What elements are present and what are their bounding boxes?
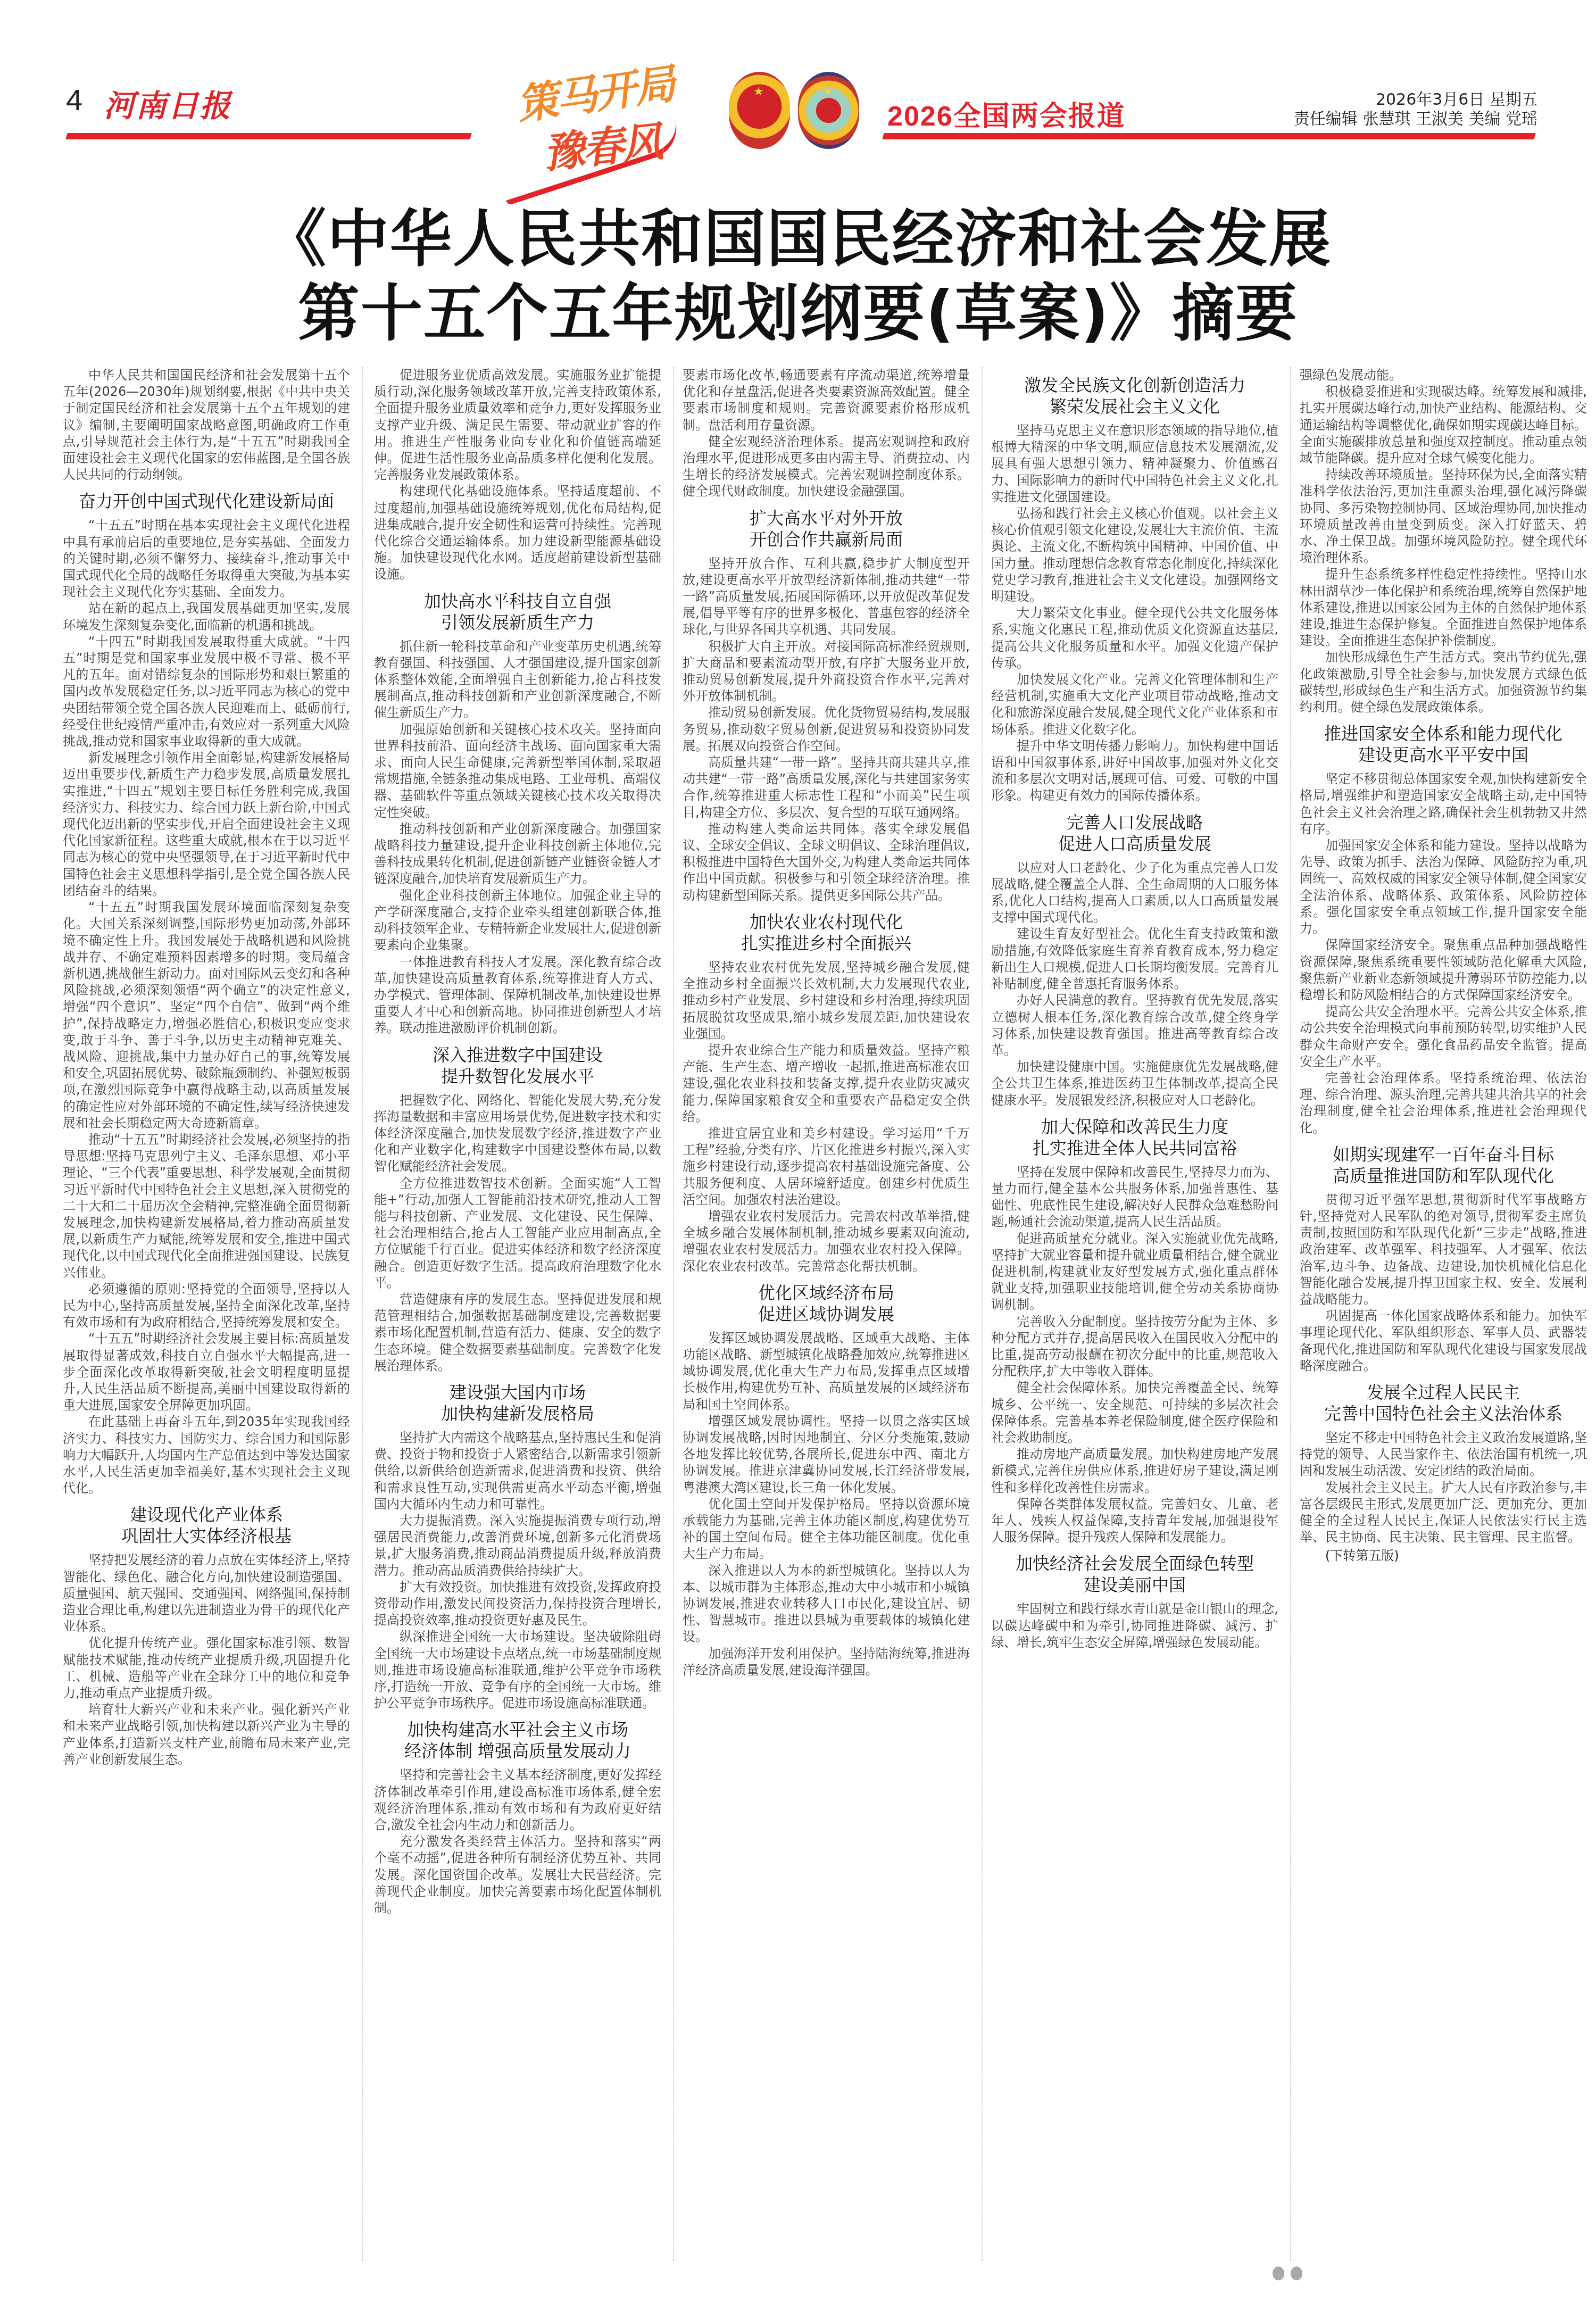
- paragraph: 大力提振消费。深入实施提振消费专项行动,增强居民消费能力,改善消费环境,创新多元…: [374, 1513, 661, 1579]
- paragraph: 牢固树立和践行绿水青山就是金山银山的理念,以碳达峰碳中和为牵引,协同推进降碳、减…: [991, 1601, 1278, 1651]
- end-marker-dots-icon: [1273, 2267, 1309, 2282]
- paragraph: 积极扩大自主开放。对接国际高标准经贸规则,扩大商品和要素流动型开放,有序扩大服务…: [683, 638, 970, 705]
- paragraph: 办好人民满意的教育。坚持教育优先发展,落实立德树人根本任务,深化教育综合改革,健…: [991, 992, 1278, 1059]
- star-icon: ★: [822, 85, 833, 98]
- paragraph: 推进宜居宜业和美乡村建设。学习运用“千万工程”经验,分类有序、片区化推进乡村振兴…: [683, 1125, 970, 1208]
- column-3: 要素市场化改革,畅通要素有序流动渠道,统筹增量优化和存量盘活,促进各类要素资源高…: [683, 367, 970, 1679]
- paragraph: 坚持和完善社会主义基本经济制度,更好发挥经济体制改革牵引作用,建设高标准市场体系…: [374, 1767, 661, 1833]
- section-heading: 奋力开创中国式现代化建设新局面: [63, 491, 350, 512]
- paragraph: 以应对人口老龄化、少子化为重点完善人口发展战略,健全覆盖全人群、全生命周期的人口…: [991, 860, 1278, 926]
- paragraph: 培育壮大新兴产业和未来产业。强化新兴产业和未来产业战略引领,加快构建以新兴产业为…: [63, 1701, 350, 1768]
- section-heading: 建设强大国内市场 加快构建新发展格局: [374, 1382, 661, 1424]
- section-heading: 完善人口发展战略 促进人口高质量发展: [991, 812, 1278, 854]
- continued-on-page-note: (下转第五版): [1300, 1548, 1587, 1564]
- paragraph: 要素市场化改革,畅通要素有序流动渠道,统筹增量优化和存量盘活,促进各类要素资源高…: [683, 367, 970, 434]
- slogan-line-2: 豫春风: [540, 109, 664, 180]
- title-line-1: 《中华人民共和国国民经济和社会发展: [170, 202, 1426, 277]
- paragraph: “十五五”时期在基本实现社会主义现代化进程中具有承前启后的重要地位,是夯实基础、…: [63, 517, 350, 600]
- section-heading: 推进国家安全体系和能力现代化 建设更高水平平安中国: [1300, 723, 1587, 766]
- paragraph: 增强区域发展协调性。坚持一以贯之落实区域协调发展战略,因时因地制宜、分区分类施策…: [683, 1413, 970, 1496]
- paragraph: 深入推进以人为本的新型城镇化。坚持以人为本、以城市群为主体形态,推动大中小城市和…: [683, 1563, 970, 1646]
- paragraph: 促进高质量充分就业。深入实施就业优先战略,坚持扩大就业容量和提升就业质量相结合,…: [991, 1231, 1278, 1314]
- paragraph: 推动构建人类命运共同体。落实全球发展倡议、全球安全倡议、全球文明倡议、全球治理倡…: [683, 821, 970, 904]
- paragraph: 提升农业综合生产能力和质量效益。坚持产粮产能、生产生态、增产增收一起抓,推进高标…: [683, 1042, 970, 1125]
- paragraph: 完善社会治理体系。坚持系统治理、依法治理、综合治理、源头治理,完善共建共治共享的…: [1300, 1070, 1587, 1136]
- section-heading: 如期实现建军一百年奋斗目标 高质量推进国防和军队现代化: [1300, 1144, 1587, 1186]
- section-heading: 加快经济社会发展全面绿色转型 建设美丽中国: [991, 1553, 1278, 1596]
- paragraph: 保障各类群体发展权益。完善妇女、儿童、老年人、残疾人权益保障,支持青年发展,加强…: [991, 1496, 1278, 1546]
- column-1: 中华人民共和国国民经济和社会发展第十五个五年(2026—2030年)规划纲要,根…: [63, 367, 350, 1768]
- paragraph: 健全宏观经济治理体系。提高宏观调控和政府治理水平,促进形成更多由内需主导、消费拉…: [683, 434, 970, 500]
- paragraph: 坚定不移贯彻总体国家安全观,加快构建新安全格局,增强维护和塑造国家安全战略主动,…: [1300, 771, 1587, 837]
- title-line-2: 第十五个五年规划纲要(草案)》摘要: [170, 277, 1426, 351]
- paragraph: 发展社会主义民主。扩大人民有序政治参与,丰富各层级民主形式,发展更加广泛、更加充…: [1300, 1480, 1587, 1546]
- national-emblem-icon: ★: [729, 72, 790, 149]
- paragraph: 保障国家经济安全。聚焦重点品种加强战略性资源保障,聚焦系统重要性领域防范化解重大…: [1300, 937, 1587, 1003]
- page-title: 《中华人民共和国国民经济和社会发展 第十五个五年规划纲要(草案)》摘要: [170, 202, 1426, 351]
- paragraph: 一体推进教育科技人才发展。深化教育综合改革,加快建设高质量教育体系,统筹推进育人…: [374, 954, 661, 1037]
- paragraph: 贯彻习近平强军思想,贯彻新时代军事战略方针,坚持党对人民军队的绝对领导,贯彻军委…: [1300, 1192, 1587, 1308]
- paragraph: 提升中华文明传播力影响力。加快构建中国话语和中国叙事体系,讲好中国故事,加强对外…: [991, 738, 1278, 804]
- star-icon: ★: [753, 85, 764, 98]
- paragraph: 持续改善环境质量。坚持环保为民,全面落实精准科学依法治污,更加注重源头治理,强化…: [1300, 467, 1587, 566]
- paragraph: 提高公共安全治理水平。完善公共安全体系,推动公共安全治理模式向事前预防转型,切实…: [1300, 1003, 1587, 1070]
- section-heading: 激发全民族文化创新创造活力 繁荣发展社会主义文化: [991, 375, 1278, 417]
- paragraph: 必须遵循的原则:坚持党的全面领导,坚持以人民为中心,坚持高质量发展,坚持全面深化…: [63, 1281, 350, 1331]
- paragraph: 新发展理念引领作用全面彰显,构建新发展格局迈出重要步伐,新质生产力稳步发展,高质…: [63, 750, 350, 899]
- paragraph: 站在新的起点上,我国发展基础更加坚实,发展环境发生深刻复杂变化,面临新的机遇和挑…: [63, 600, 350, 633]
- paragraph: 强化企业科技创新主体地位。加强企业主导的产学研深度融合,支持企业牵头组建创新联合…: [374, 887, 661, 954]
- column-divider: [1290, 367, 1291, 2261]
- paragraph: 加强国家安全体系和能力建设。坚持以战略为先导、政策为抓手、法治为保障、风险防控为…: [1300, 837, 1587, 937]
- page-number: 4: [66, 82, 82, 117]
- section-heading: 加快构建高水平社会主义市场 经济体制 增强高质量发展动力: [374, 1719, 661, 1762]
- paragraph: 推动科技创新和产业创新深度融合。加强国家战略科技力量建设,提升企业科技创新主体地…: [374, 821, 661, 887]
- paragraph: 强绿色发展动能。: [1300, 367, 1587, 384]
- section-heading: 发展全过程人民民主 完善中国特色社会主义法治体系: [1300, 1382, 1587, 1424]
- paragraph: 全方位推进数智技术创新。全面实施“人工智能+”行动,加强人工智能前沿技术研究,推…: [374, 1175, 661, 1291]
- paragraph: “十五五”时期经济社会发展主要目标:高质量发展取得显著成效,科技自立自强水平大幅…: [63, 1331, 350, 1414]
- paragraph: 抓住新一轮科技革命和产业变革历史机遇,统筹教育强国、科技强国、人才强国建设,提升…: [374, 638, 661, 721]
- paragraph: 营造健康有序的发展生态。坚持促进发展和规范管理相结合,加强数据基础制度建设,完善…: [374, 1291, 661, 1374]
- paragraph: 优化国土空间开发保护格局。坚持以资源环境承载能力为基础,完善主体功能区制度,构建…: [683, 1496, 970, 1563]
- column-divider: [362, 367, 363, 2261]
- paragraph: 加快建设健康中国。实施健康优先发展战略,健全公共卫生体系,推进医药卫生体制改革,…: [991, 1059, 1278, 1109]
- paragraph: 坚持马克思主义在意识形态领域的指导地位,植根博大精深的中华文明,顺应信息技术发展…: [991, 422, 1278, 505]
- paragraph: 积极稳妥推进和实现碳达峰。统筹发展和减排,扎实开展碳达峰行动,加快产业结构、能源…: [1300, 384, 1587, 467]
- paragraph: 推动房地产高质量发展。加快构建房地产发展新模式,完善住房供应体系,推进好房子建设…: [991, 1446, 1278, 1496]
- section-heading: 加快高水平科技自立自强 引领发展新质生产力: [374, 591, 661, 633]
- column-5: 强绿色发展动能。积极稳妥推进和实现碳达峰。统筹发展和减排,扎实开展碳达峰行动,加…: [1300, 367, 1587, 1565]
- paragraph: “十四五”时期我国发展取得重大成就。“十四五”时期是党和国家事业发展中极不寻常、…: [63, 634, 350, 750]
- masthead: 4 河南日报 策马开局 豫春风 ★ ★ 2026全国两会报道 2026年3月6日…: [0, 0, 1596, 176]
- paragraph: 促进服务业优质高效发展。实施服务业扩能提质行动,深化服务领域改革开放,完善支持政…: [374, 367, 661, 483]
- section-heading: 深入推进数字中国建设 提升数智化发展水平: [374, 1044, 661, 1087]
- paragraph: 坚持把发展经济的着力点放在实体经济上,坚持智能化、绿色化、融合化方向,加快建设制…: [63, 1552, 350, 1635]
- column-divider: [982, 367, 983, 2261]
- section-heading: 加大保障和改善民生力度 扎实推进全体人民共同富裕: [991, 1116, 1278, 1159]
- paragraph: 高质量共建“一带一路”。坚持共商共建共享,推动共建“一带一路”高质量发展,深化与…: [683, 754, 970, 821]
- article-body: 中华人民共和国国民经济和社会发展第十五个五年(2026—2030年)规划纲要,根…: [63, 367, 1547, 2261]
- paragraph: 坚持扩大内需这个战略基点,坚持惠民生和促消费、投资于物和投资于人紧密结合,以新需…: [374, 1430, 661, 1513]
- paragraph: 推动贸易创新发展。优化货物贸易结构,发展服务贸易,推动数字贸易创新,促进贸易和投…: [683, 704, 970, 754]
- paragraph: 大力繁荣文化事业。健全现代公共文化服务体系,实施文化惠民工程,推动优质文化资源直…: [991, 605, 1278, 671]
- paragraph: 坚持开放合作、互利共赢,稳步扩大制度型开放,建设更高水平开放型经济新体制,推动共…: [683, 555, 970, 638]
- paragraph: 加快发展文化产业。完善文化管理体制和生产经营机制,实施重大文化产业项目带动战略,…: [991, 671, 1278, 738]
- paragraph: 在此基础上再奋斗五年,到2035年实现我国经济实力、科技实力、国防实力、综合国力…: [63, 1414, 350, 1497]
- paragraph: 坚持在发展中保障和改善民生,坚持尽力而为、量力而行,健全基本公共服务体系,加强普…: [991, 1164, 1278, 1231]
- paragraph: 坚持农业农村优先发展,坚持城乡融合发展,健全推动乡村全面振兴长效机制,大力发展现…: [683, 959, 970, 1042]
- section-heading: 优化区域经济布局 促进区域协调发展: [683, 1282, 970, 1325]
- paragraph: “十五五”时期我国发展环境面临深刻复杂变化。大国关系深刻调整,国际形势更加动荡,…: [63, 899, 350, 1132]
- paragraph: 提升生态系统多样性稳定性持续性。坚持山水林田湖草沙一体化保护和系统治理,统筹自然…: [1300, 566, 1587, 649]
- section-label: 2026全国两会报道: [887, 94, 1126, 134]
- paragraph: 扩大有效投资。加快推进有效投资,发挥政府投资带动作用,激发民间投资活力,保持投资…: [374, 1579, 661, 1629]
- section-heading: 建设现代化产业体系 巩固壮大实体经济根基: [63, 1504, 350, 1547]
- paragraph: 弘扬和践行社会主义核心价值观。以社会主义核心价值观引领文化建设,发展壮大主流价值…: [991, 505, 1278, 605]
- paragraph: 推动“十五五”时期经济社会发展,必须坚持的指导思想:坚持马克思列宁主义、毛泽东思…: [63, 1132, 350, 1281]
- newspaper-logo: 河南日报: [104, 81, 231, 126]
- paragraph: 优化提升传统产业。强化国家标准引领、数智赋能技术赋能,推动传统产业提质升级,巩固…: [63, 1635, 350, 1701]
- paragraph: 纵深推进全国统一大市场建设。坚决破除阻碍全国统一大市场建设卡点堵点,统一市场基础…: [374, 1629, 661, 1712]
- paragraph: 建设生育友好型社会。优化生育支持政策和激励措施,有效降低家庭生育养育教育成本,努…: [991, 926, 1278, 992]
- paragraph: 中华人民共和国国民经济和社会发展第十五个五年(2026—2030年)规划纲要,根…: [63, 367, 350, 483]
- section-heading: 扩大高水平对外开放 开创合作共赢新局面: [683, 508, 970, 550]
- paragraph: 加强原始创新和关键核心技术攻关。坚持面向世界科技前沿、面向经济主战场、面向国家重…: [374, 721, 661, 821]
- paragraph: 完善收入分配制度。坚持按劳分配为主体、多种分配方式并存,提高居民收入在国民收入分…: [991, 1314, 1278, 1380]
- paragraph: 加快形成绿色生产生活方式。突出节约优先,强化政策激励,引导全社会参与,加快发展方…: [1300, 649, 1587, 716]
- slogan-calligraphy: 策马开局 豫春风: [479, 61, 702, 178]
- paragraph: 巩固提高一体化国家战略体系和能力。加快军事理论现代化、军队组织形态、军事人员、武…: [1300, 1308, 1587, 1374]
- cppcc-emblem-icon: ★: [798, 72, 859, 149]
- paragraph: 充分激发各类经营主体活力。坚持和落实“两个毫不动摇”,促进各种所有制经济优势互补…: [374, 1833, 661, 1916]
- column-2: 促进服务业优质高效发展。实施服务业扩能提质行动,深化服务领域改革开放,完善支持政…: [374, 367, 661, 1916]
- column-divider: [673, 367, 674, 2261]
- paragraph: 增强农业农村发展活力。完善农村改革举措,健全城乡融合发展体制机制,推动城乡要素双…: [683, 1208, 970, 1275]
- column-4: 激发全民族文化创新创造活力 繁荣发展社会主义文化坚持马克思主义在意识形态领域的指…: [991, 367, 1278, 1651]
- header-rule-left: [65, 133, 471, 139]
- paragraph: 加强海洋开发利用保护。坚持陆海统筹,推进海洋经济高质量发展,建设海洋强国。: [683, 1646, 970, 1679]
- header-rule-right: [882, 133, 1535, 139]
- paragraph: 发挥区域协调发展战略、区域重大战略、主体功能区战略、新型城镇化战略叠加效应,统筹…: [683, 1330, 970, 1413]
- paragraph: 坚定不移走中国特色社会主义政治发展道路,坚持党的领导、人民当家作主、依法治国有机…: [1300, 1430, 1587, 1480]
- editor-credits: 责任编辑 张慧琪 王淑美 美编 党瑶: [1294, 105, 1537, 129]
- paragraph: 把握数字化、网络化、智能化发展大势,充分发挥海量数据和丰富应用场景优势,促进数字…: [374, 1092, 661, 1175]
- paragraph: 构建现代化基础设施体系。坚持适度超前、不过度超前,加强基础设施统筹规划,优化布局…: [374, 483, 661, 583]
- section-heading: 加快农业农村现代化 扎实推进乡村全面振兴: [683, 911, 970, 954]
- paragraph: 健全社会保障体系。加快完善覆盖全民、统筹城乡、公平统一、安全规范、可持续的多层次…: [991, 1380, 1278, 1446]
